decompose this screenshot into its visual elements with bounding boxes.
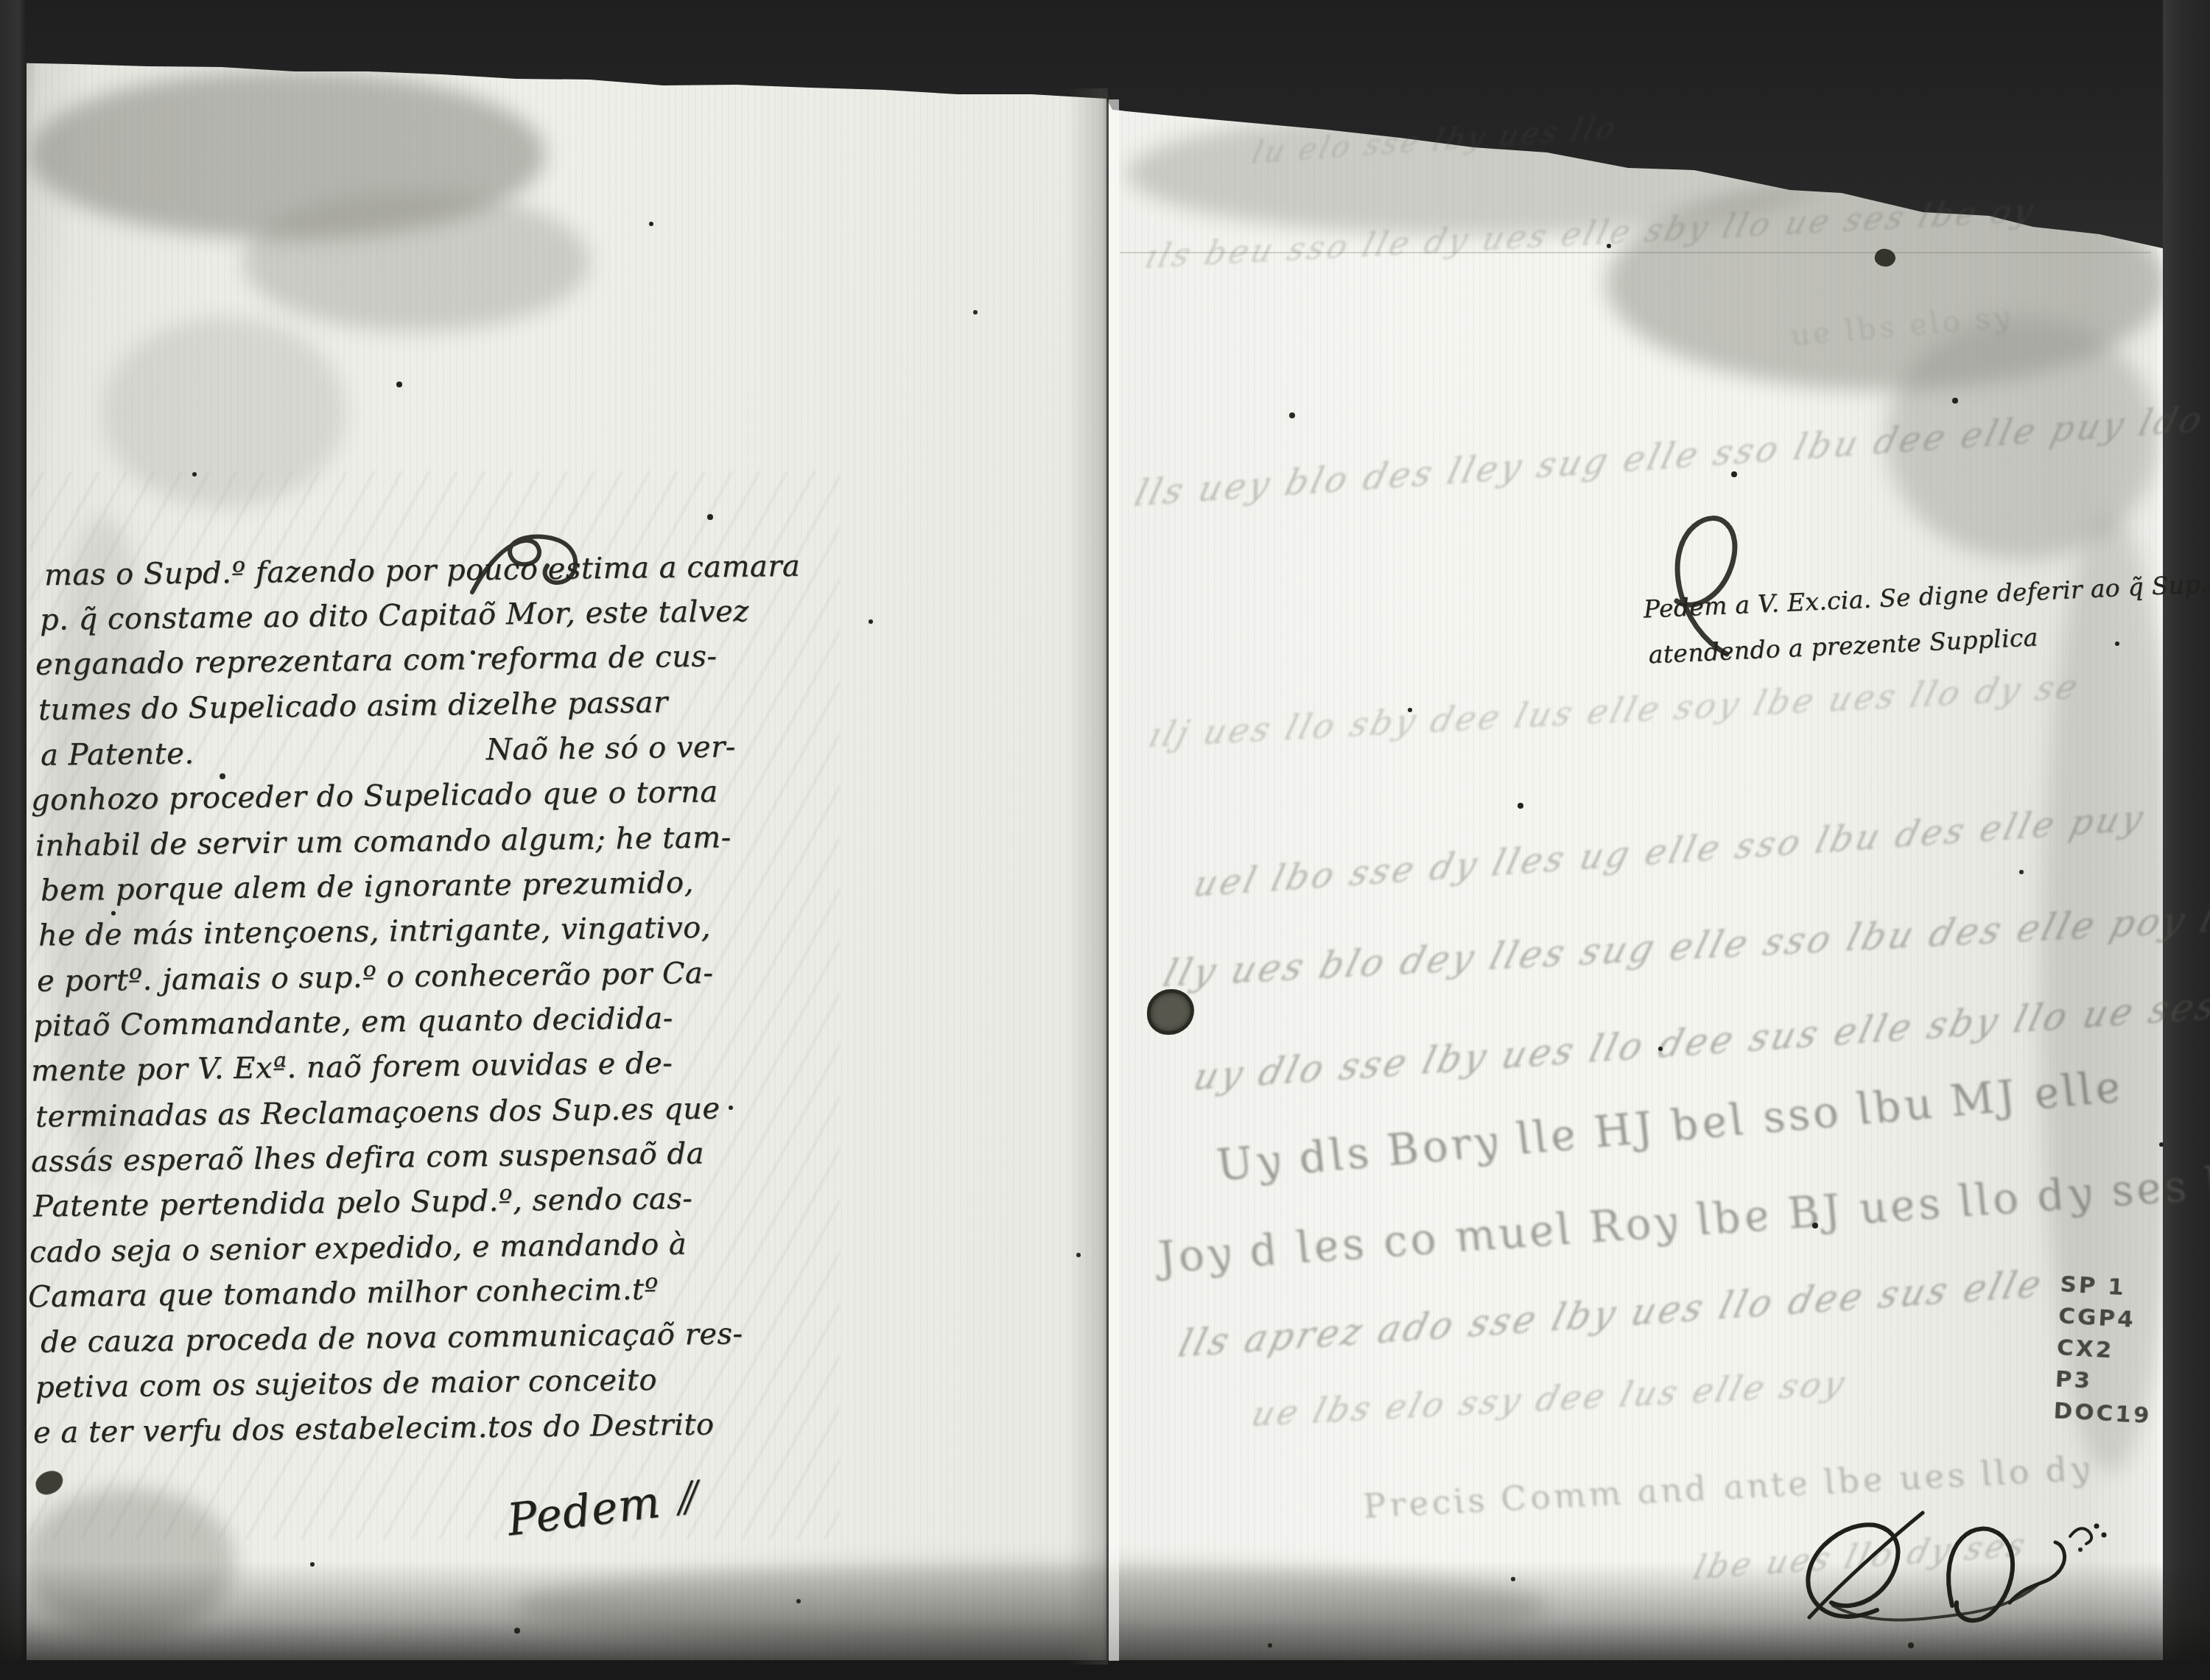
dust-specks [0,0,3,3]
archival-mark: SP 1 [2059,1269,2158,1306]
scan-frame-right [2163,0,2210,1680]
paraph-flourish [468,529,600,595]
paper-stain [243,191,589,331]
scanned-manuscript-spread: lu elo sse lby ues lloıls beu sso lle dy… [0,0,2210,1680]
paper-stain [103,317,346,508]
archival-reference-marks: SP 1CGP4CX2P3DOC19 [2052,1269,2158,1433]
archival-mark: CX2 [2056,1332,2155,1369]
archival-mark: P3 [2055,1363,2154,1400]
page-gutter-highlight [1109,99,1119,1661]
archival-mark: CGP4 [2058,1301,2157,1338]
page-gutter-shade [1067,88,1108,1665]
signature-rubric [1767,1494,2113,1641]
scan-frame-left [0,0,27,1680]
archival-mark: DOC19 [2052,1395,2152,1432]
